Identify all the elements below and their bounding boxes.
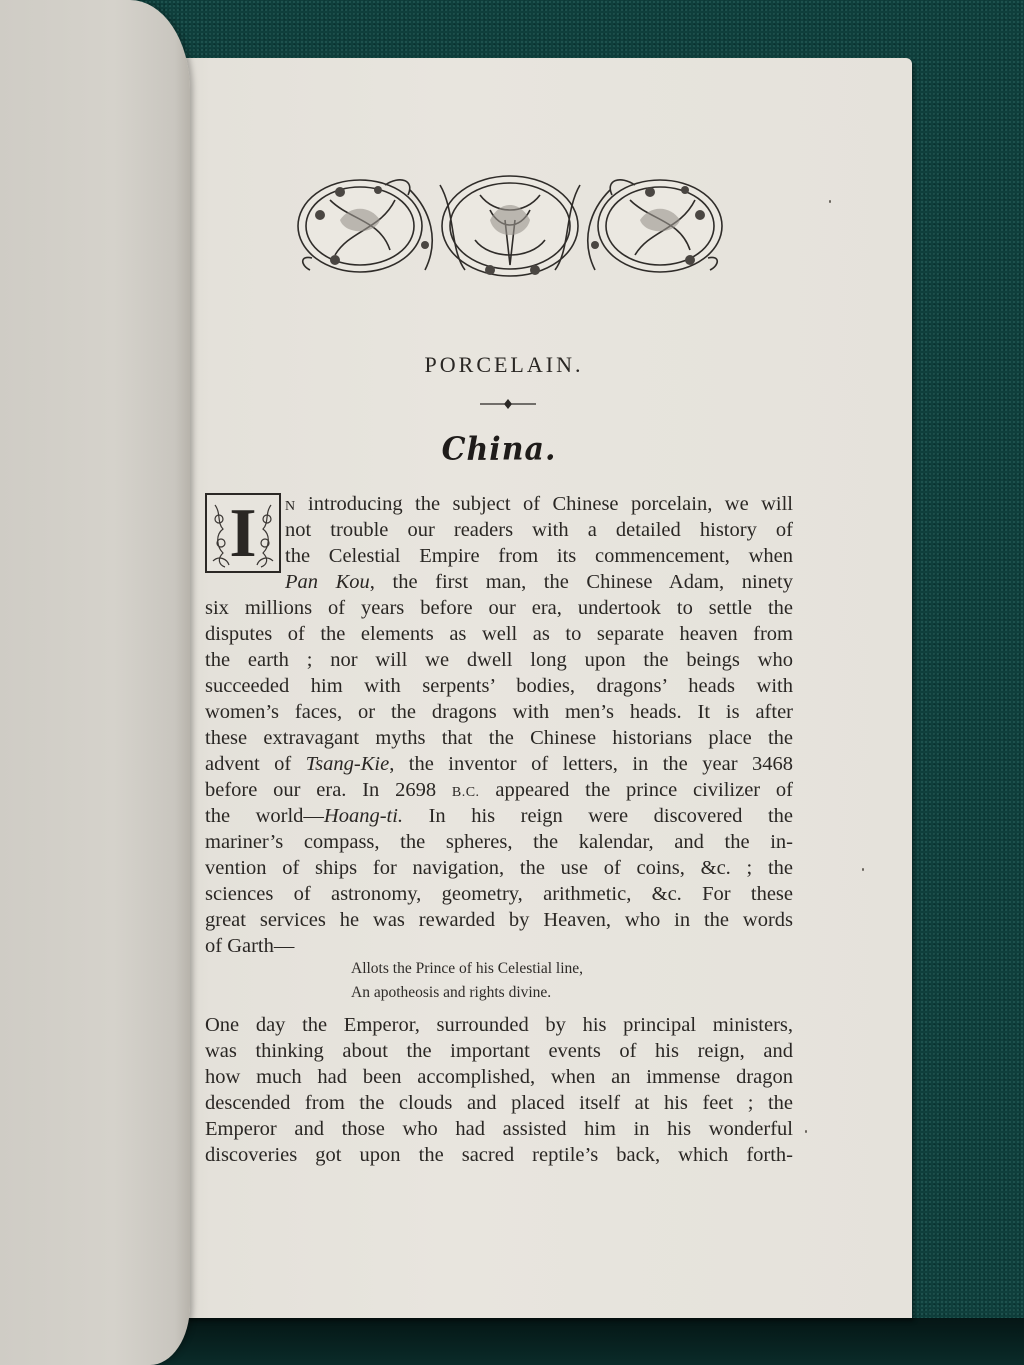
left-page-curl	[0, 0, 190, 1365]
text-line: before our era. In 2698 B.C. appeared th…	[205, 777, 793, 803]
text-span: advent of	[205, 753, 306, 775]
text-line: One day the Emperor, surrounded by his p…	[205, 1012, 793, 1038]
text-line: descended from the clouds and placed its…	[205, 1090, 793, 1116]
italic-name: Tsang-Kie	[306, 753, 390, 775]
diamond-rule-ornament-icon	[480, 398, 536, 410]
text-span: the world—	[205, 805, 324, 827]
text-span: before our era. In 2698	[205, 779, 452, 801]
text-line: Pan Kou, the first man, the Chinese Adam…	[285, 569, 793, 595]
text-span: appeared the prince civilizer of	[480, 779, 793, 801]
text-line: how much had been accomplished, when an …	[205, 1064, 793, 1090]
text-line: succeeded him with serpents’ bodies, dra…	[205, 673, 793, 699]
smallcap-span: B.C.	[452, 785, 480, 800]
paper-speck	[829, 200, 831, 203]
text-line: great services he was rewarded by Heaven…	[205, 907, 793, 933]
text-line: N introducing the subject of Chinese por…	[285, 491, 793, 517]
drop-cap-letter: I	[207, 495, 279, 571]
text-span: , the inventor of letters, in the year 3…	[389, 753, 793, 775]
text-line: Emperor and those who had assisted him i…	[205, 1116, 793, 1142]
text-line: vention of ships for navigation, the use…	[205, 855, 793, 881]
drop-cap-initial: I	[205, 493, 281, 573]
italic-name: Pan Kou	[285, 571, 370, 593]
text-line: not trouble our readers with a detailed …	[285, 517, 793, 543]
paper-speck	[862, 868, 864, 871]
verse-line: Allots the Prince of his Celestial line,	[351, 958, 583, 980]
ornamental-vine-headpiece-icon	[290, 170, 730, 282]
text-line: advent of Tsang-Kie, the inventor of let…	[205, 751, 793, 777]
text-line: sciences of astronomy, geometry, arithme…	[205, 881, 793, 907]
text-line: disputes of the elements as well as to s…	[205, 621, 793, 647]
chapter-title: PORCELAIN.	[205, 352, 793, 378]
italic-name: Hoang-ti.	[324, 805, 403, 827]
verse-line: An apotheosis and rights divine.	[351, 982, 551, 1004]
text-line: six millions of years before our era, un…	[205, 595, 793, 621]
text-line: discoveries got upon the sacred reptile’…	[205, 1142, 793, 1168]
text-line: the Celestial Empire from its commenceme…	[285, 543, 793, 569]
text-line: was thinking about the important events …	[205, 1038, 793, 1064]
text-span: , the first man, the Chinese Adam, ninet…	[370, 571, 793, 593]
text-line: these extravagant myths that the Chinese…	[205, 725, 793, 751]
text-line: mariner’s compass, the spheres, the kale…	[205, 829, 793, 855]
paper-speck	[805, 1130, 807, 1133]
chapter-subtitle: China.	[205, 431, 793, 468]
text-line: the world—Hoang-ti. In his reign were di…	[205, 803, 793, 829]
text-line: the earth ; nor will we dwell long upon …	[205, 647, 793, 673]
text-span: In his reign were discovered the	[403, 805, 793, 827]
text-line: of Garth—	[205, 933, 793, 959]
text-line: women’s faces, or the dragons with men’s…	[205, 699, 793, 725]
